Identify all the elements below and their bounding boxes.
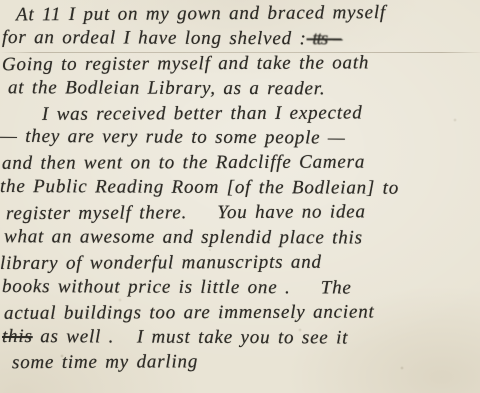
line-text: At 11 I put on my gown and braced myself (16, 2, 386, 25)
handwriting-line: some time my darling (0, 349, 480, 376)
handwriting-line: At 11 I put on my gown and braced myself (0, 1, 480, 29)
handwriting-line: the Public Reading Room [of the Bodleian… (0, 175, 480, 202)
scribbled-out-word: tts – (307, 28, 342, 49)
handwriting-line: — they are very rude to some people — (0, 125, 480, 152)
handwriting-line: Going to register myself and take the oa… (0, 51, 480, 78)
line-text: and then went on to the Radcliffe Camera (2, 152, 365, 174)
handwriting-line: at the Bodleian Library, as a reader. (0, 76, 480, 103)
handwriting-line: books without price is little one . The (0, 275, 480, 302)
line-text: library of wonderful manuscripts and (0, 252, 322, 274)
line-text: — they are very rude to some people — (0, 126, 346, 149)
handwriting-line: this as well . I must take you to see it (0, 325, 480, 352)
handwriting-line: actual buildings too are immensely ancie… (0, 300, 480, 327)
line-text: for an ordeal I have long shelved : (2, 27, 307, 49)
handwriting-line: library of wonderful manuscripts and (0, 250, 480, 277)
line-text: register myself there. You have no idea (6, 201, 366, 224)
line-text: some time my darling (12, 352, 198, 374)
handwriting-line: and then went on to the Radcliffe Camera (0, 151, 480, 178)
handwriting-line: register myself there. You have no idea (0, 200, 480, 227)
handwriting-line: for an ordeal I have long shelved : tts … (0, 26, 480, 53)
handwriting-line: what an awesome and splendid place this (0, 225, 480, 252)
line-text: as well . I must take you to see it (33, 326, 349, 348)
struck-through-word: this (2, 326, 33, 347)
handwriting-block: At 11 I put on my gown and braced myself… (0, 2, 480, 375)
line-text: at the Bodleian Library, as a reader. (8, 77, 326, 99)
line-text: actual buildings too are immensely ancie… (4, 301, 375, 323)
line-text: the Public Reading Room [of the Bodleian… (0, 176, 399, 199)
line-text: Going to register myself and take the oa… (2, 52, 369, 75)
line-text: books without price is little one . The (2, 276, 352, 299)
line-text: I was received better than I expected (42, 102, 363, 124)
letter-page: At 11 I put on my gown and braced myself… (0, 0, 480, 393)
handwriting-line: I was received better than I expected (0, 101, 480, 128)
line-text: what an awesome and splendid place this (4, 226, 363, 248)
